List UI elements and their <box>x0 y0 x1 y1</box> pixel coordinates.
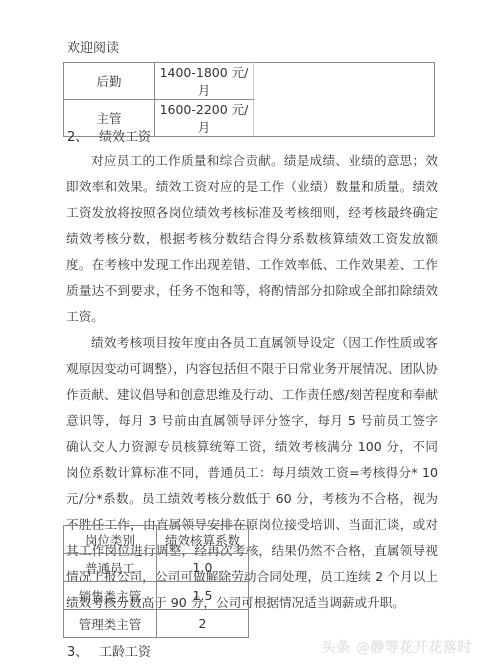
column-header: 岗位类别 <box>64 526 157 554</box>
document-header: 欢迎阅读 <box>67 37 119 56</box>
table-row: 普通员工 1.0 <box>64 554 249 582</box>
watermark: 头条 @静等花开花落时 <box>322 637 472 657</box>
coefficient-cell: 2 <box>157 610 249 638</box>
category-cell: 普通员工 <box>64 554 157 582</box>
empty-cell <box>254 63 435 137</box>
section-title: 绩效工资 <box>99 130 151 145</box>
category-cell: 管理类主管 <box>64 610 157 638</box>
salary-range-cell: 1600-2200 元/月 <box>155 100 254 137</box>
coefficient-table: 岗位类别 绩效核算系数 普通员工 1.0 销售类主管 1.5 管理类主管 2 <box>63 525 249 638</box>
category-cell: 销售类主管 <box>64 582 157 610</box>
section-title: 工龄工资 <box>99 645 151 660</box>
position-cell: 后勤 <box>64 63 155 100</box>
coefficient-cell: 1.0 <box>157 554 249 582</box>
table-row: 后勤 1400-1800 元/月 <box>64 63 435 100</box>
section-number: 2、 <box>67 126 99 145</box>
salary-range-cell: 1400-1800 元/月 <box>155 63 254 100</box>
section-heading-3: 3、工龄工资 <box>67 641 151 660</box>
table-header-row: 岗位类别 绩效核算系数 <box>64 526 249 554</box>
column-header: 绩效核算系数 <box>157 526 249 554</box>
section-heading-2: 2、绩效工资 <box>67 126 151 145</box>
coefficient-cell: 1.5 <box>157 582 249 610</box>
table-row: 管理类主管 2 <box>64 610 249 638</box>
paragraph: 对应员工的工作质量和综合贡献。绩是成绩、业绩的意思；效即效率和效果。绩效工资对应… <box>66 148 438 330</box>
section-number: 3、 <box>67 641 99 660</box>
table-row: 销售类主管 1.5 <box>64 582 249 610</box>
